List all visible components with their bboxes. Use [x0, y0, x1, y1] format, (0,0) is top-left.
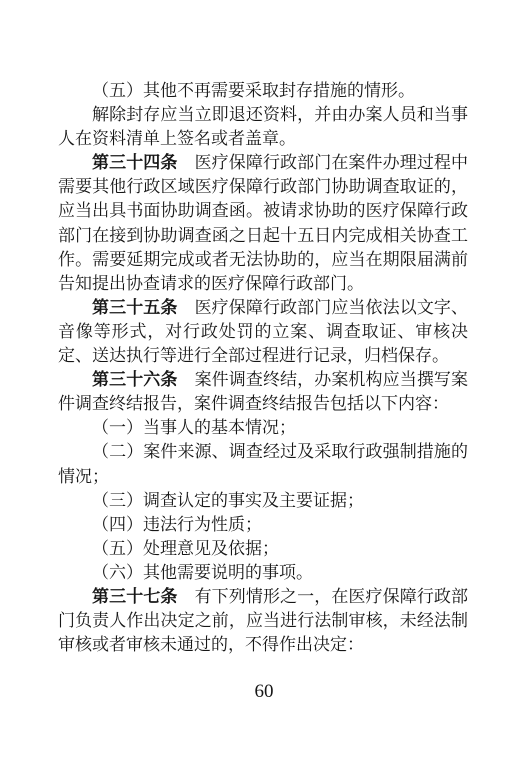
article-number: 第三十七条 [92, 587, 177, 606]
list-item: （五）处理意见及依据； [58, 537, 468, 561]
document-page: （五）其他不再需要采取封存措施的情形。 解除封存应当立即退还资料，并由办案人员和… [0, 0, 528, 767]
page-number: 60 [0, 681, 528, 703]
list-item: （二）案件来源、调查经过及采取行政强制措施的情况； [58, 440, 468, 488]
paragraph-text: （五）处理意见及依据； [92, 539, 279, 558]
list-item: （六）其他需要说明的事项。 [58, 561, 468, 585]
paragraph-text: （一）当事人的基本情况； [92, 418, 296, 437]
paragraph-article-35: 第三十五条 医疗保障行政部门应当依法以文字、音像等形式，对行政处罚的立案、调查取… [58, 296, 468, 368]
paragraph-article-34: 第三十四条 医疗保障行政部门在案件办理过程中需要其他行政区域医疗保障行政部门协助… [58, 151, 468, 296]
paragraph-text: （五）其他不再需要采取封存措施的情形。 [92, 81, 415, 100]
list-item: （三）调查认定的事实及主要证据； [58, 489, 468, 513]
paragraph: （五）其他不再需要采取封存措施的情形。 [58, 79, 468, 103]
paragraph-text: 医疗保障行政部门在案件办理过程中需要其他行政区域医疗保障行政部门协助调查取证的，… [58, 153, 468, 292]
paragraph-text: 解除封存应当立即退还资料，并由办案人员和当事人在资料清单上签名或者盖章。 [58, 105, 468, 148]
list-item: （一）当事人的基本情况； [58, 416, 468, 440]
article-number: 第三十四条 [92, 153, 177, 172]
paragraph-text: （六）其他需要说明的事项。 [92, 563, 313, 582]
list-item: （四）违法行为性质； [58, 513, 468, 537]
article-number: 第三十六条 [92, 370, 177, 389]
paragraph: 解除封存应当立即退还资料，并由办案人员和当事人在资料清单上签名或者盖章。 [58, 103, 468, 151]
article-number: 第三十五条 [92, 298, 177, 317]
paragraph-text: （二）案件来源、调查经过及采取行政强制措施的情况； [58, 442, 468, 485]
paragraph-article-36: 第三十六条 案件调查终结，办案机构应当撰写案件调查终结报告，案件调查终结报告包括… [58, 368, 468, 416]
document-body: （五）其他不再需要采取封存措施的情形。 解除封存应当立即退还资料，并由办案人员和… [58, 79, 468, 657]
paragraph-text: （四）违法行为性质； [92, 515, 262, 534]
paragraph-article-37: 第三十七条 有下列情形之一，在医疗保障行政部门负责人作出决定之前，应当进行法制审… [58, 585, 468, 657]
paragraph-text: （三）调查认定的事实及主要证据； [92, 491, 364, 510]
